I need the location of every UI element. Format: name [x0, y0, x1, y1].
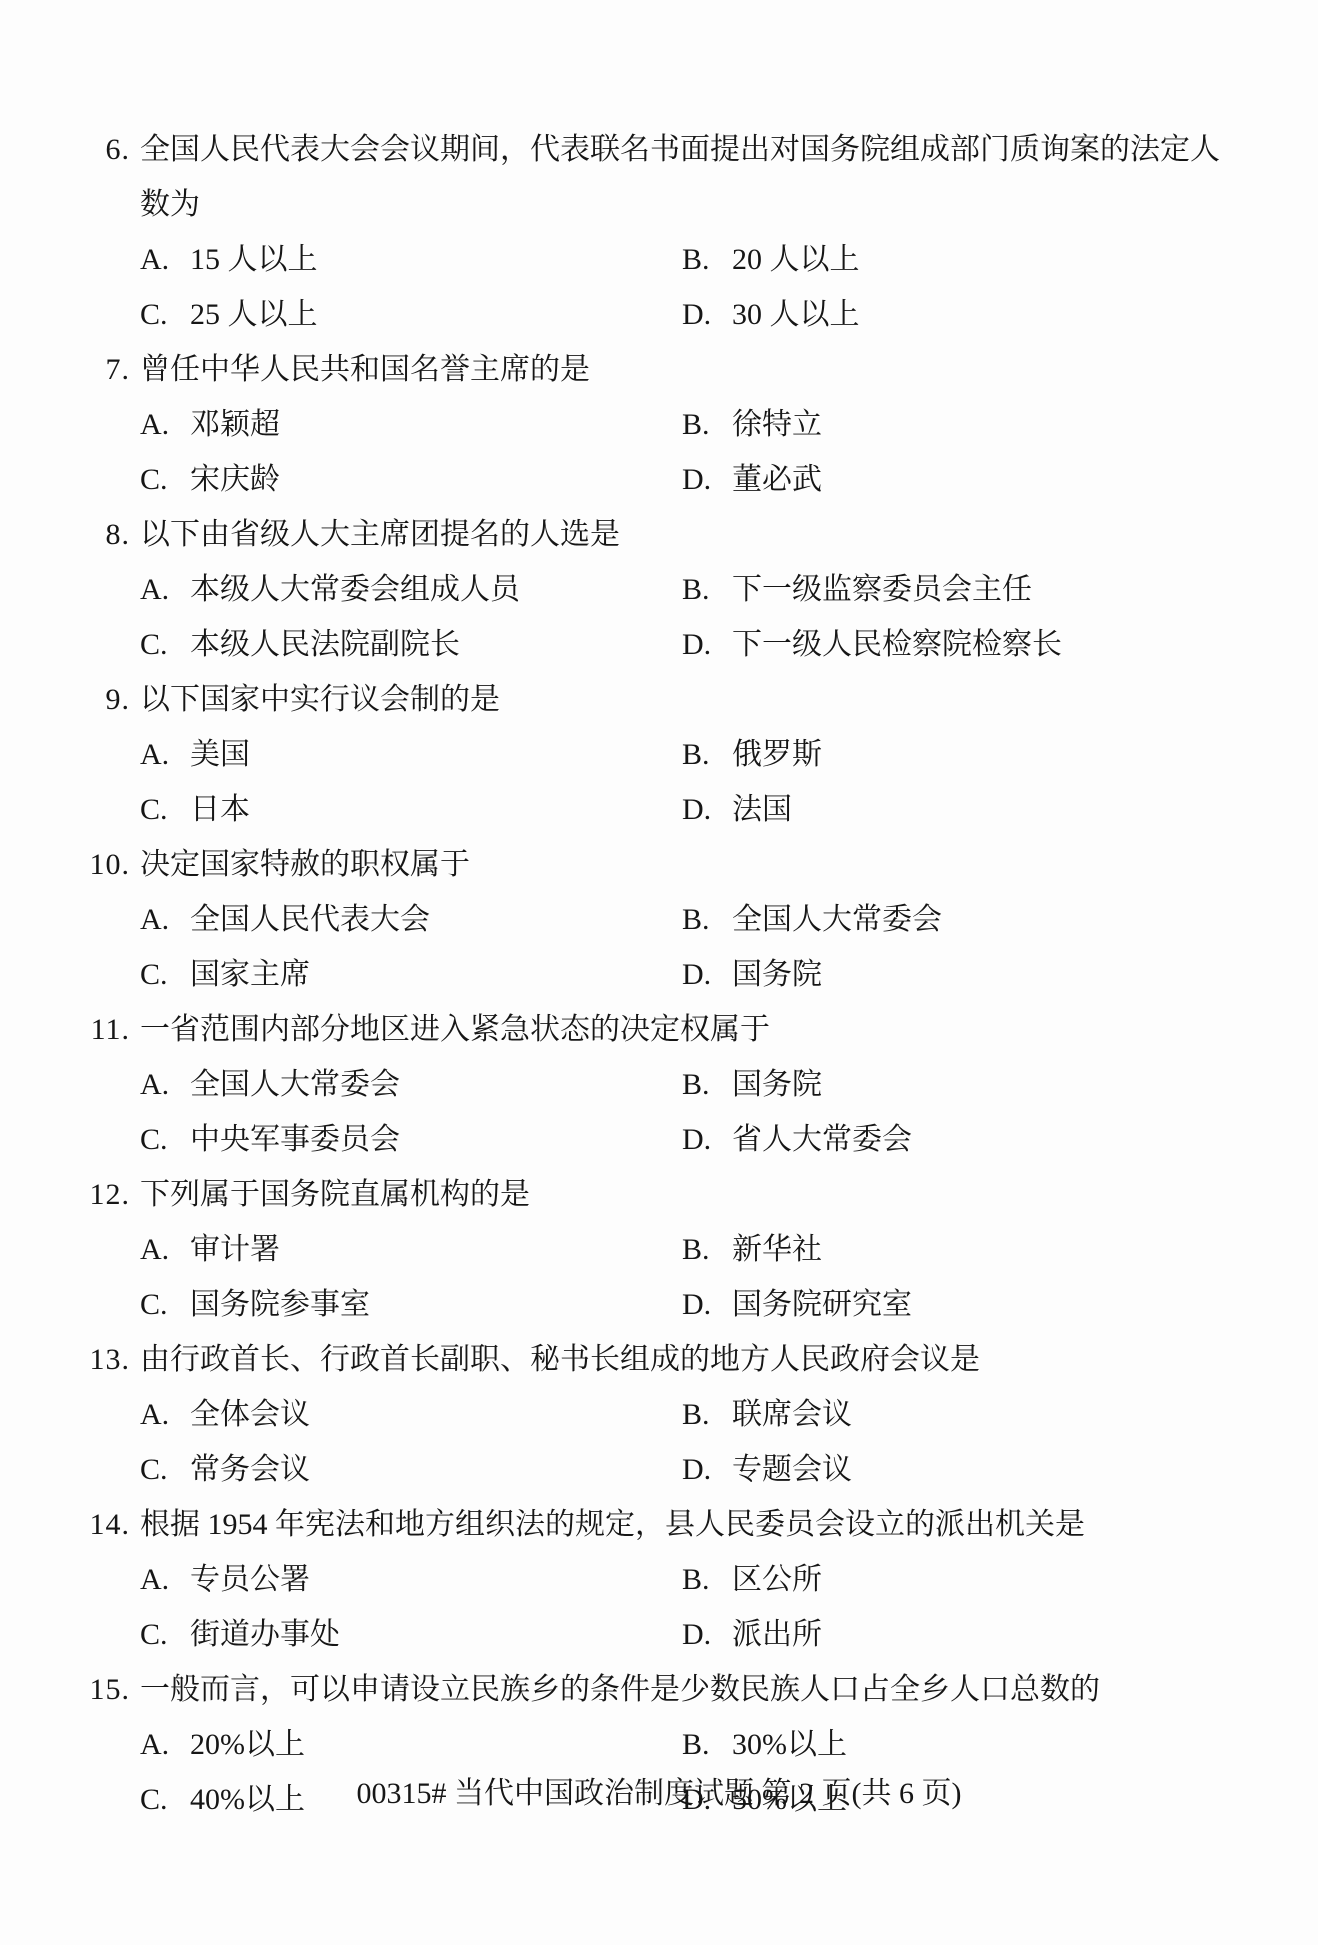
- options-row: C.中央军事委员会D.省人大常委会: [0, 1112, 1318, 1167]
- option-b: B.国务院: [682, 1057, 822, 1112]
- question-text: 一般而言，可以申请设立民族乡的条件是少数民族人口占全乡人口总数的: [140, 1662, 1100, 1717]
- option-label: D.: [682, 287, 732, 342]
- option-text: 20%以上: [190, 1728, 305, 1761]
- option-c: C.街道办事处: [140, 1607, 340, 1662]
- option-text: 法国: [732, 793, 792, 826]
- option-text: 联席会议: [732, 1398, 852, 1431]
- options-row: C.国家主席D.国务院: [0, 947, 1318, 1002]
- option-b: B.俄罗斯: [682, 727, 822, 782]
- option-b: B.全国人大常委会: [682, 892, 942, 947]
- option-text: 俄罗斯: [732, 738, 822, 771]
- option-label: B.: [682, 892, 732, 947]
- option-text: 全国人民代表大会: [190, 903, 430, 936]
- options-row: A.全体会议B.联席会议: [0, 1387, 1318, 1442]
- option-text: 徐特立: [732, 408, 822, 441]
- option-label: C.: [140, 452, 190, 507]
- options-row: C.常务会议D.专题会议: [0, 1442, 1318, 1497]
- question-number: 13.: [88, 1332, 130, 1387]
- option-label: D.: [682, 1277, 732, 1332]
- option-label: B.: [682, 232, 732, 287]
- option-b: B.联席会议: [682, 1387, 852, 1442]
- option-label: D.: [682, 617, 732, 672]
- option-label: B.: [682, 1717, 732, 1772]
- options-row: A.美国B.俄罗斯: [0, 727, 1318, 782]
- option-b: B.下一级监察委员会主任: [682, 562, 1032, 617]
- option-label: B.: [682, 1552, 732, 1607]
- option-b: B.新华社: [682, 1222, 822, 1277]
- option-label: B.: [682, 562, 732, 617]
- question-text: 数为: [140, 177, 200, 232]
- option-label: A.: [140, 727, 190, 782]
- option-d: D.国务院研究室: [682, 1277, 912, 1332]
- option-label: A.: [140, 1717, 190, 1772]
- option-label: A.: [140, 562, 190, 617]
- question-line: 15.一般而言，可以申请设立民族乡的条件是少数民族人口占全乡人口总数的: [0, 1662, 1318, 1717]
- question-continuation-line: 数为: [0, 177, 1318, 232]
- option-a: A.专员公署: [140, 1552, 310, 1607]
- option-d: D.专题会议: [682, 1442, 852, 1497]
- option-text: 国家主席: [190, 958, 310, 991]
- question-text: 以下国家中实行议会制的是: [140, 672, 500, 727]
- option-label: B.: [682, 1222, 732, 1277]
- option-text: 本级人大常委会组成人员: [190, 573, 520, 606]
- options-row: A.全国人大常委会B.国务院: [0, 1057, 1318, 1112]
- option-label: D.: [682, 1112, 732, 1167]
- option-text: 街道办事处: [190, 1618, 340, 1651]
- question-line: 11.一省范围内部分地区进入紧急状态的决定权属于: [0, 1002, 1318, 1057]
- option-d: D.下一级人民检察院检察长: [682, 617, 1062, 672]
- question-text: 一省范围内部分地区进入紧急状态的决定权属于: [140, 1002, 770, 1057]
- option-label: D.: [682, 782, 732, 837]
- question-number: 15.: [88, 1662, 130, 1717]
- option-text: 下一级监察委员会主任: [732, 573, 1032, 606]
- question-line: 12.下列属于国务院直属机构的是: [0, 1167, 1318, 1222]
- question-line: 7.曾任中华人民共和国名誉主席的是: [0, 342, 1318, 397]
- option-text: 国务院参事室: [190, 1288, 370, 1321]
- option-a: A.全国人民代表大会: [140, 892, 430, 947]
- question-text: 根据 1954 年宪法和地方组织法的规定，县人民委员会设立的派出机关是: [140, 1497, 1085, 1552]
- option-b: B.30%以上: [682, 1717, 847, 1772]
- question-line: 6.全国人民代表大会会议期间，代表联名书面提出对国务院组成部门质询案的法定人: [0, 122, 1318, 177]
- question-number: 10.: [88, 837, 130, 892]
- option-label: A.: [140, 1387, 190, 1442]
- option-c: C.国家主席: [140, 947, 310, 1002]
- options-row: A.全国人民代表大会B.全国人大常委会: [0, 892, 1318, 947]
- question-line: 10.决定国家特赦的职权属于: [0, 837, 1318, 892]
- option-b: B.20 人以上: [682, 232, 860, 287]
- options-row: C.25 人以上D.30 人以上: [0, 287, 1318, 342]
- question-number: 9.: [88, 672, 130, 727]
- option-label: D.: [682, 452, 732, 507]
- page-footer: 00315# 当代中国政治制度试题 第 2 页(共 6 页): [0, 1766, 1318, 1821]
- option-a: A.美国: [140, 727, 250, 782]
- option-a: A.审计署: [140, 1222, 280, 1277]
- question-text: 由行政首长、行政首长副职、秘书长组成的地方人民政府会议是: [140, 1332, 980, 1387]
- option-d: D.省人大常委会: [682, 1112, 912, 1167]
- option-label: C.: [140, 1112, 190, 1167]
- question-number: 7.: [88, 342, 130, 397]
- option-d: D.法国: [682, 782, 792, 837]
- option-label: C.: [140, 947, 190, 1002]
- question-text: 决定国家特赦的职权属于: [140, 837, 470, 892]
- option-c: C.宋庆龄: [140, 452, 280, 507]
- option-d: D.国务院: [682, 947, 822, 1002]
- option-text: 宋庆龄: [190, 463, 280, 496]
- option-label: A.: [140, 892, 190, 947]
- option-c: C.国务院参事室: [140, 1277, 370, 1332]
- question-line: 13.由行政首长、行政首长副职、秘书长组成的地方人民政府会议是: [0, 1332, 1318, 1387]
- option-label: B.: [682, 1057, 732, 1112]
- option-text: 新华社: [732, 1233, 822, 1266]
- option-text: 30%以上: [732, 1728, 847, 1761]
- option-d: D.派出所: [682, 1607, 822, 1662]
- exam-page: 6.全国人民代表大会会议期间，代表联名书面提出对国务院组成部门质询案的法定人数为…: [0, 0, 1318, 1945]
- option-label: C.: [140, 1607, 190, 1662]
- options-row: C.日本D.法国: [0, 782, 1318, 837]
- option-label: A.: [140, 397, 190, 452]
- options-row: A.本级人大常委会组成人员B.下一级监察委员会主任: [0, 562, 1318, 617]
- options-row: C.国务院参事室D.国务院研究室: [0, 1277, 1318, 1332]
- option-d: D.30 人以上: [682, 287, 860, 342]
- option-text: 省人大常委会: [732, 1123, 912, 1156]
- option-label: C.: [140, 617, 190, 672]
- option-label: C.: [140, 1277, 190, 1332]
- option-text: 全体会议: [190, 1398, 310, 1431]
- option-text: 审计署: [190, 1233, 280, 1266]
- option-label: C.: [140, 1442, 190, 1497]
- question-text: 全国人民代表大会会议期间，代表联名书面提出对国务院组成部门质询案的法定人: [140, 122, 1220, 177]
- option-a: A.15 人以上: [140, 232, 318, 287]
- option-label: B.: [682, 727, 732, 782]
- option-text: 国务院: [732, 1068, 822, 1101]
- option-label: D.: [682, 1607, 732, 1662]
- option-a: A.20%以上: [140, 1717, 305, 1772]
- option-text: 邓颖超: [190, 408, 280, 441]
- option-text: 董必武: [732, 463, 822, 496]
- option-text: 20 人以上: [732, 243, 860, 276]
- question-line: 14.根据 1954 年宪法和地方组织法的规定，县人民委员会设立的派出机关是: [0, 1497, 1318, 1552]
- option-label: A.: [140, 232, 190, 287]
- option-text: 美国: [190, 738, 250, 771]
- options-row: C.宋庆龄D.董必武: [0, 452, 1318, 507]
- option-text: 国务院研究室: [732, 1288, 912, 1321]
- option-c: C.中央军事委员会: [140, 1112, 400, 1167]
- option-text: 30 人以上: [732, 298, 860, 331]
- options-row: C.街道办事处D.派出所: [0, 1607, 1318, 1662]
- option-text: 国务院: [732, 958, 822, 991]
- options-row: A.邓颖超B.徐特立: [0, 397, 1318, 452]
- options-row: A.15 人以上B.20 人以上: [0, 232, 1318, 287]
- option-text: 中央军事委员会: [190, 1123, 400, 1156]
- option-c: C.25 人以上: [140, 287, 318, 342]
- option-text: 15 人以上: [190, 243, 318, 276]
- option-text: 下一级人民检察院检察长: [732, 628, 1062, 661]
- question-text: 曾任中华人民共和国名誉主席的是: [140, 342, 590, 397]
- option-b: B.徐特立: [682, 397, 822, 452]
- option-text: 日本: [190, 793, 250, 826]
- option-label: A.: [140, 1222, 190, 1277]
- question-number: 6.: [88, 122, 130, 177]
- option-text: 派出所: [732, 1618, 822, 1651]
- option-c: C.常务会议: [140, 1442, 310, 1497]
- question-number: 12.: [88, 1167, 130, 1222]
- question-number: 11.: [88, 1002, 130, 1057]
- question-line: 8.以下由省级人大主席团提名的人选是: [0, 507, 1318, 562]
- option-label: C.: [140, 287, 190, 342]
- option-text: 全国人大常委会: [732, 903, 942, 936]
- option-label: A.: [140, 1057, 190, 1112]
- options-row: A.专员公署B.区公所: [0, 1552, 1318, 1607]
- option-a: A.本级人大常委会组成人员: [140, 562, 520, 617]
- option-a: A.邓颖超: [140, 397, 280, 452]
- options-row: A.审计署B.新华社: [0, 1222, 1318, 1277]
- option-text: 全国人大常委会: [190, 1068, 400, 1101]
- question-number: 14.: [88, 1497, 130, 1552]
- option-label: D.: [682, 1442, 732, 1497]
- option-a: A.全体会议: [140, 1387, 310, 1442]
- option-d: D.董必武: [682, 452, 822, 507]
- option-label: D.: [682, 947, 732, 1002]
- option-label: A.: [140, 1552, 190, 1607]
- option-a: A.全国人大常委会: [140, 1057, 400, 1112]
- options-row: C.本级人民法院副院长D.下一级人民检察院检察长: [0, 617, 1318, 672]
- question-line: 9.以下国家中实行议会制的是: [0, 672, 1318, 727]
- option-text: 25 人以上: [190, 298, 318, 331]
- question-number: 8.: [88, 507, 130, 562]
- option-text: 专员公署: [190, 1563, 310, 1596]
- option-c: C.日本: [140, 782, 250, 837]
- option-b: B.区公所: [682, 1552, 822, 1607]
- option-c: C.本级人民法院副院长: [140, 617, 460, 672]
- option-text: 本级人民法院副院长: [190, 628, 460, 661]
- question-text: 以下由省级人大主席团提名的人选是: [140, 507, 620, 562]
- option-text: 常务会议: [190, 1453, 310, 1486]
- option-label: B.: [682, 1387, 732, 1442]
- question-text: 下列属于国务院直属机构的是: [140, 1167, 530, 1222]
- option-text: 专题会议: [732, 1453, 852, 1486]
- questions-list: 6.全国人民代表大会会议期间，代表联名书面提出对国务院组成部门质询案的法定人数为…: [0, 122, 1318, 1827]
- option-label: B.: [682, 397, 732, 452]
- option-label: C.: [140, 782, 190, 837]
- options-row: A.20%以上B.30%以上: [0, 1717, 1318, 1772]
- option-text: 区公所: [732, 1563, 822, 1596]
